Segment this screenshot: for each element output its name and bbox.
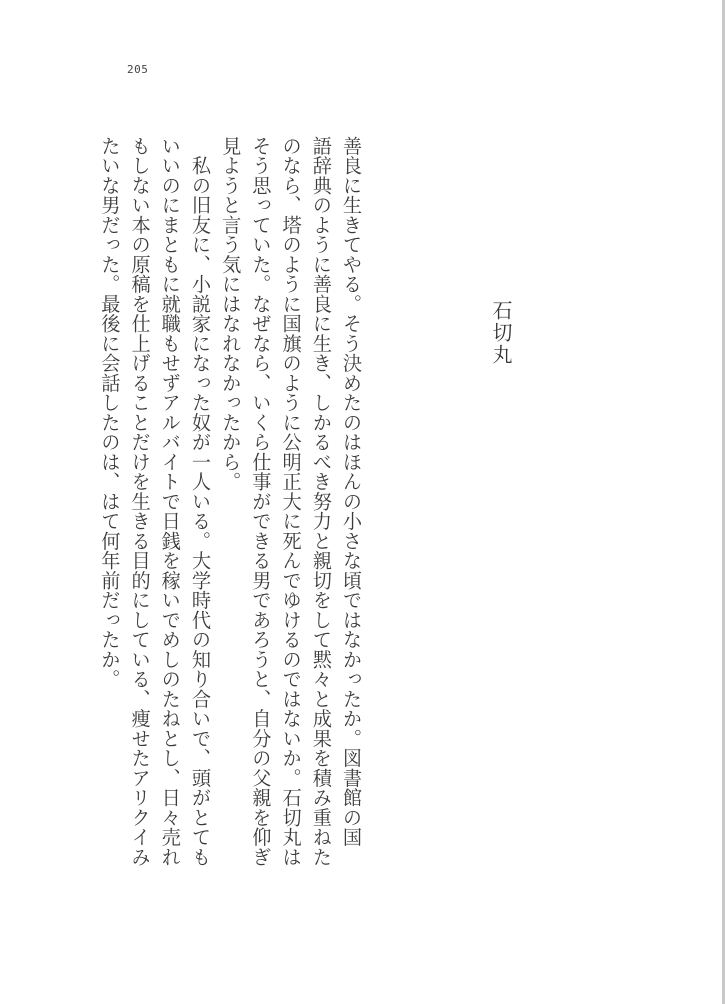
text-column-6: 私の旧友に、小説家になった奴が一人いる。大学時代の知り合いで、頭がとても	[185, 136, 215, 926]
text-column-9: たいな男だった。最後に会話したのは、はて何年前だったか。	[94, 136, 124, 926]
text-column-1: 善良に生きてやる。そう決めたのはほんの小さな頃ではなかったか。図書館の国	[336, 136, 366, 926]
text-column-7: いいのにまともに就職もせずアルバイトで日銭を稼いでめしのたねとし、日々売れ	[155, 136, 185, 926]
page-number: 205	[127, 63, 148, 76]
text-column-4: そう思っていた。なぜなら、いくら仕事ができる男であろうと、自分の父親を仰ぎ	[245, 136, 275, 926]
chapter-title: 石切丸	[487, 300, 515, 366]
body-text: 善良に生きてやる。そう決めたのはほんの小さな頃ではなかったか。図書館の国 語辞典…	[94, 136, 366, 926]
text-column-5: 見ようと言う気にはなれなかったから。	[215, 136, 245, 926]
book-page: 205 石切丸 善良に生きてやる。そう決めたのはほんの小さな頃ではなかったか。図…	[0, 0, 725, 1004]
text-column-3: のなら、塔のように国旗のように公明正大に死んでゆけるのではないか。石切丸は	[275, 136, 305, 926]
text-column-2: 語辞典のように善良に生き、しかるべき努力と親切をして黙々と成果を積み重ねた	[306, 136, 336, 926]
text-column-8: もしない本の原稿を仕上げることだけを生きる目的にしている、痩せたアリクイみ	[124, 136, 154, 926]
